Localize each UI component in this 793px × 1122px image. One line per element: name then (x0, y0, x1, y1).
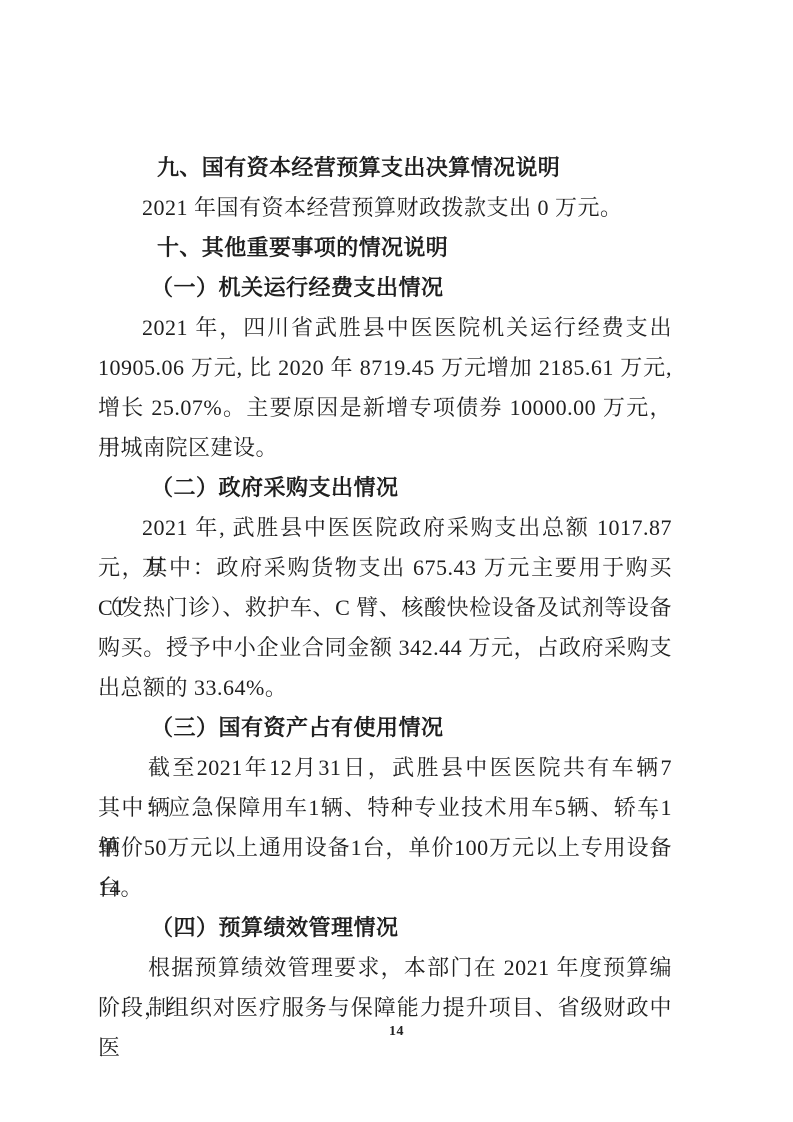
page-number: 14 (0, 1024, 793, 1040)
section-heading: （三）国有资产占有使用情况 (98, 708, 672, 748)
text-line: （发热门诊）、救护车、C 臂、核酸快检设备及试剂等设备 (98, 588, 672, 628)
text-line: 其中：应急保障用车1辆、特种专业技术用车5辆、轿车1辆； (98, 788, 672, 828)
text-line: 单价50万元以上通用设备1台，单价100万元以上专用设备14 (98, 828, 672, 868)
text-line: 10905.06 万元, 比 2020 年 8719.45 万元增加 2185.… (98, 348, 672, 388)
text-line: 元，其中：政府采购货物支出 675.43 万元主要用于购买 CT (98, 548, 672, 588)
document-page: 九、国有资本经营预算支出决算情况说明2021 年国有资本经营预算财政拨款支出 0… (0, 0, 793, 1122)
text-line: 2021 年国有资本经营预算财政拨款支出 0 万元。 (98, 188, 672, 228)
text-line: 于城南院区建设。 (98, 428, 672, 468)
section-heading: 九、国有资本经营预算支出决算情况说明 (98, 148, 672, 188)
text-line: 根据预算绩效管理要求，本部门在 2021 年度预算编制 (98, 948, 672, 988)
text-line: 2021 年, 武胜县中医医院政府采购支出总额 1017.87 万 (98, 508, 672, 548)
text-line: 截至2021年12月31日，武胜县中医医院共有车辆7辆， (98, 748, 672, 788)
text-line: 购买。授予中小企业合同金额 342.44 万元，占政府采购支 (98, 628, 672, 668)
section-heading: （二）政府采购支出情况 (98, 468, 672, 508)
section-heading: （一）机关运行经费支出情况 (98, 268, 672, 308)
document-body: 九、国有资本经营预算支出决算情况说明2021 年国有资本经营预算财政拨款支出 0… (98, 148, 672, 1028)
text-line: 增长 25.07%。主要原因是新增专项债券 10000.00 万元，用 (98, 388, 672, 428)
text-line: 台。 (98, 868, 672, 908)
section-heading: （四）预算绩效管理情况 (98, 908, 672, 948)
text-line: 2021 年，四川省武胜县中医医院机关运行经费支出 (98, 308, 672, 348)
text-line: 出总额的 33.64%。 (98, 668, 672, 708)
section-heading: 十、其他重要事项的情况说明 (98, 228, 672, 268)
text-line: 阶段，组织对医疗服务与保障能力提升项目、省级财政中医 (98, 988, 672, 1028)
